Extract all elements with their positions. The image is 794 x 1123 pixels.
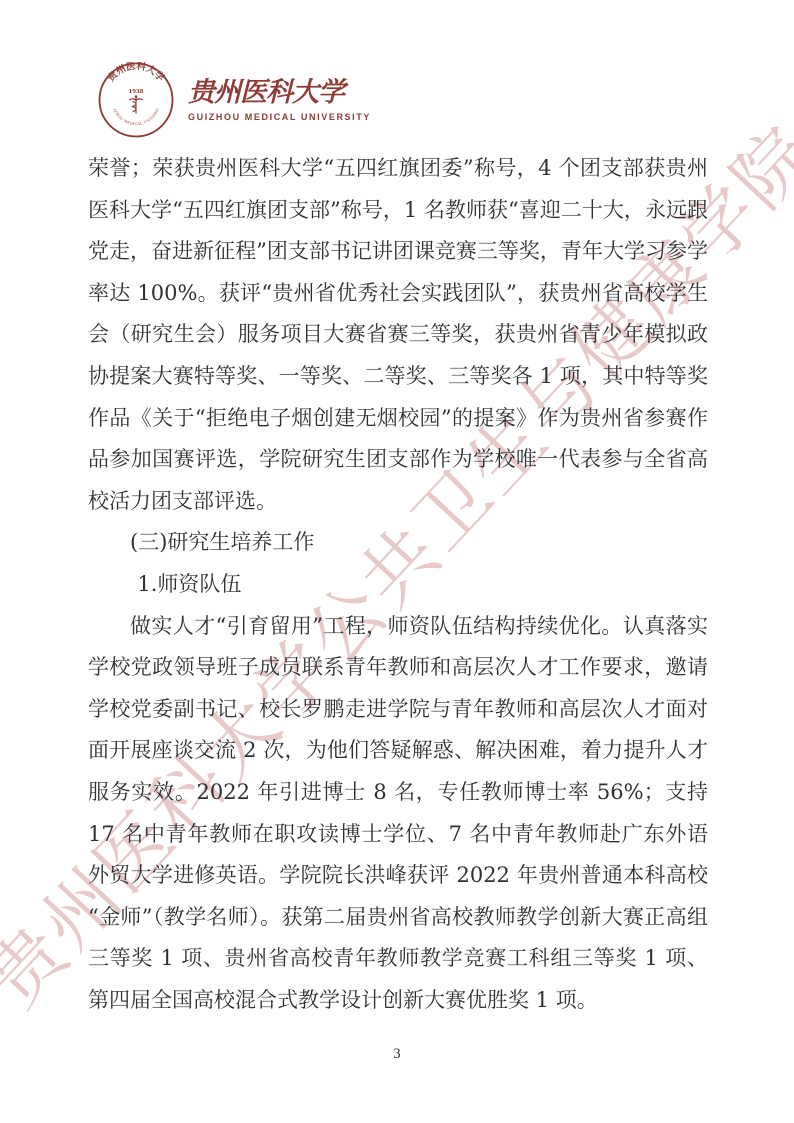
paragraph-faculty-team: 做实人才“引育留用”工程，师资队伍结构持续优化。认真落实学校党政领导班子成员联系… (88, 606, 708, 1022)
university-logo: 贵州医科大学 1938 GUIZHOU MEDICAL UNIVERSITY 贵… (98, 62, 371, 138)
seal-top-text: 贵州医科大学 (105, 62, 167, 84)
document-body: 荣誉；荣获贵州医科大学“五四红旗团委”称号，4 个团支部获贵州医科大学“五四红旗… (88, 148, 708, 1021)
university-wordmark-en: GUIZHOU MEDICAL UNIVERSITY (188, 112, 371, 122)
section-heading-graduate-training: (三)研究生培养工作 (88, 522, 708, 564)
university-seal-icon: 贵州医科大学 1938 GUIZHOU MEDICAL UNIVERSITY (98, 62, 174, 138)
seal-year: 1938 (129, 89, 144, 95)
caduceus-icon (129, 95, 143, 113)
paragraph-honors-awards: 荣誉；荣获贵州医科大学“五四红旗团委”称号，4 个团支部获贵州医科大学“五四红旗… (88, 148, 708, 522)
university-wordmark-cn: 贵州医科大学 (188, 78, 371, 108)
page-number: 3 (393, 1046, 400, 1062)
subsection-heading-faculty-team: 1.师资队伍 (88, 564, 708, 606)
university-wordmark: 贵州医科大学 GUIZHOU MEDICAL UNIVERSITY (188, 78, 371, 123)
document-page: 贵州医科大学公共卫生与健康学院 贵州医科大学 1938 GUIZHOU MEDI… (0, 0, 794, 1123)
page-footer: 3 (0, 1043, 794, 1063)
